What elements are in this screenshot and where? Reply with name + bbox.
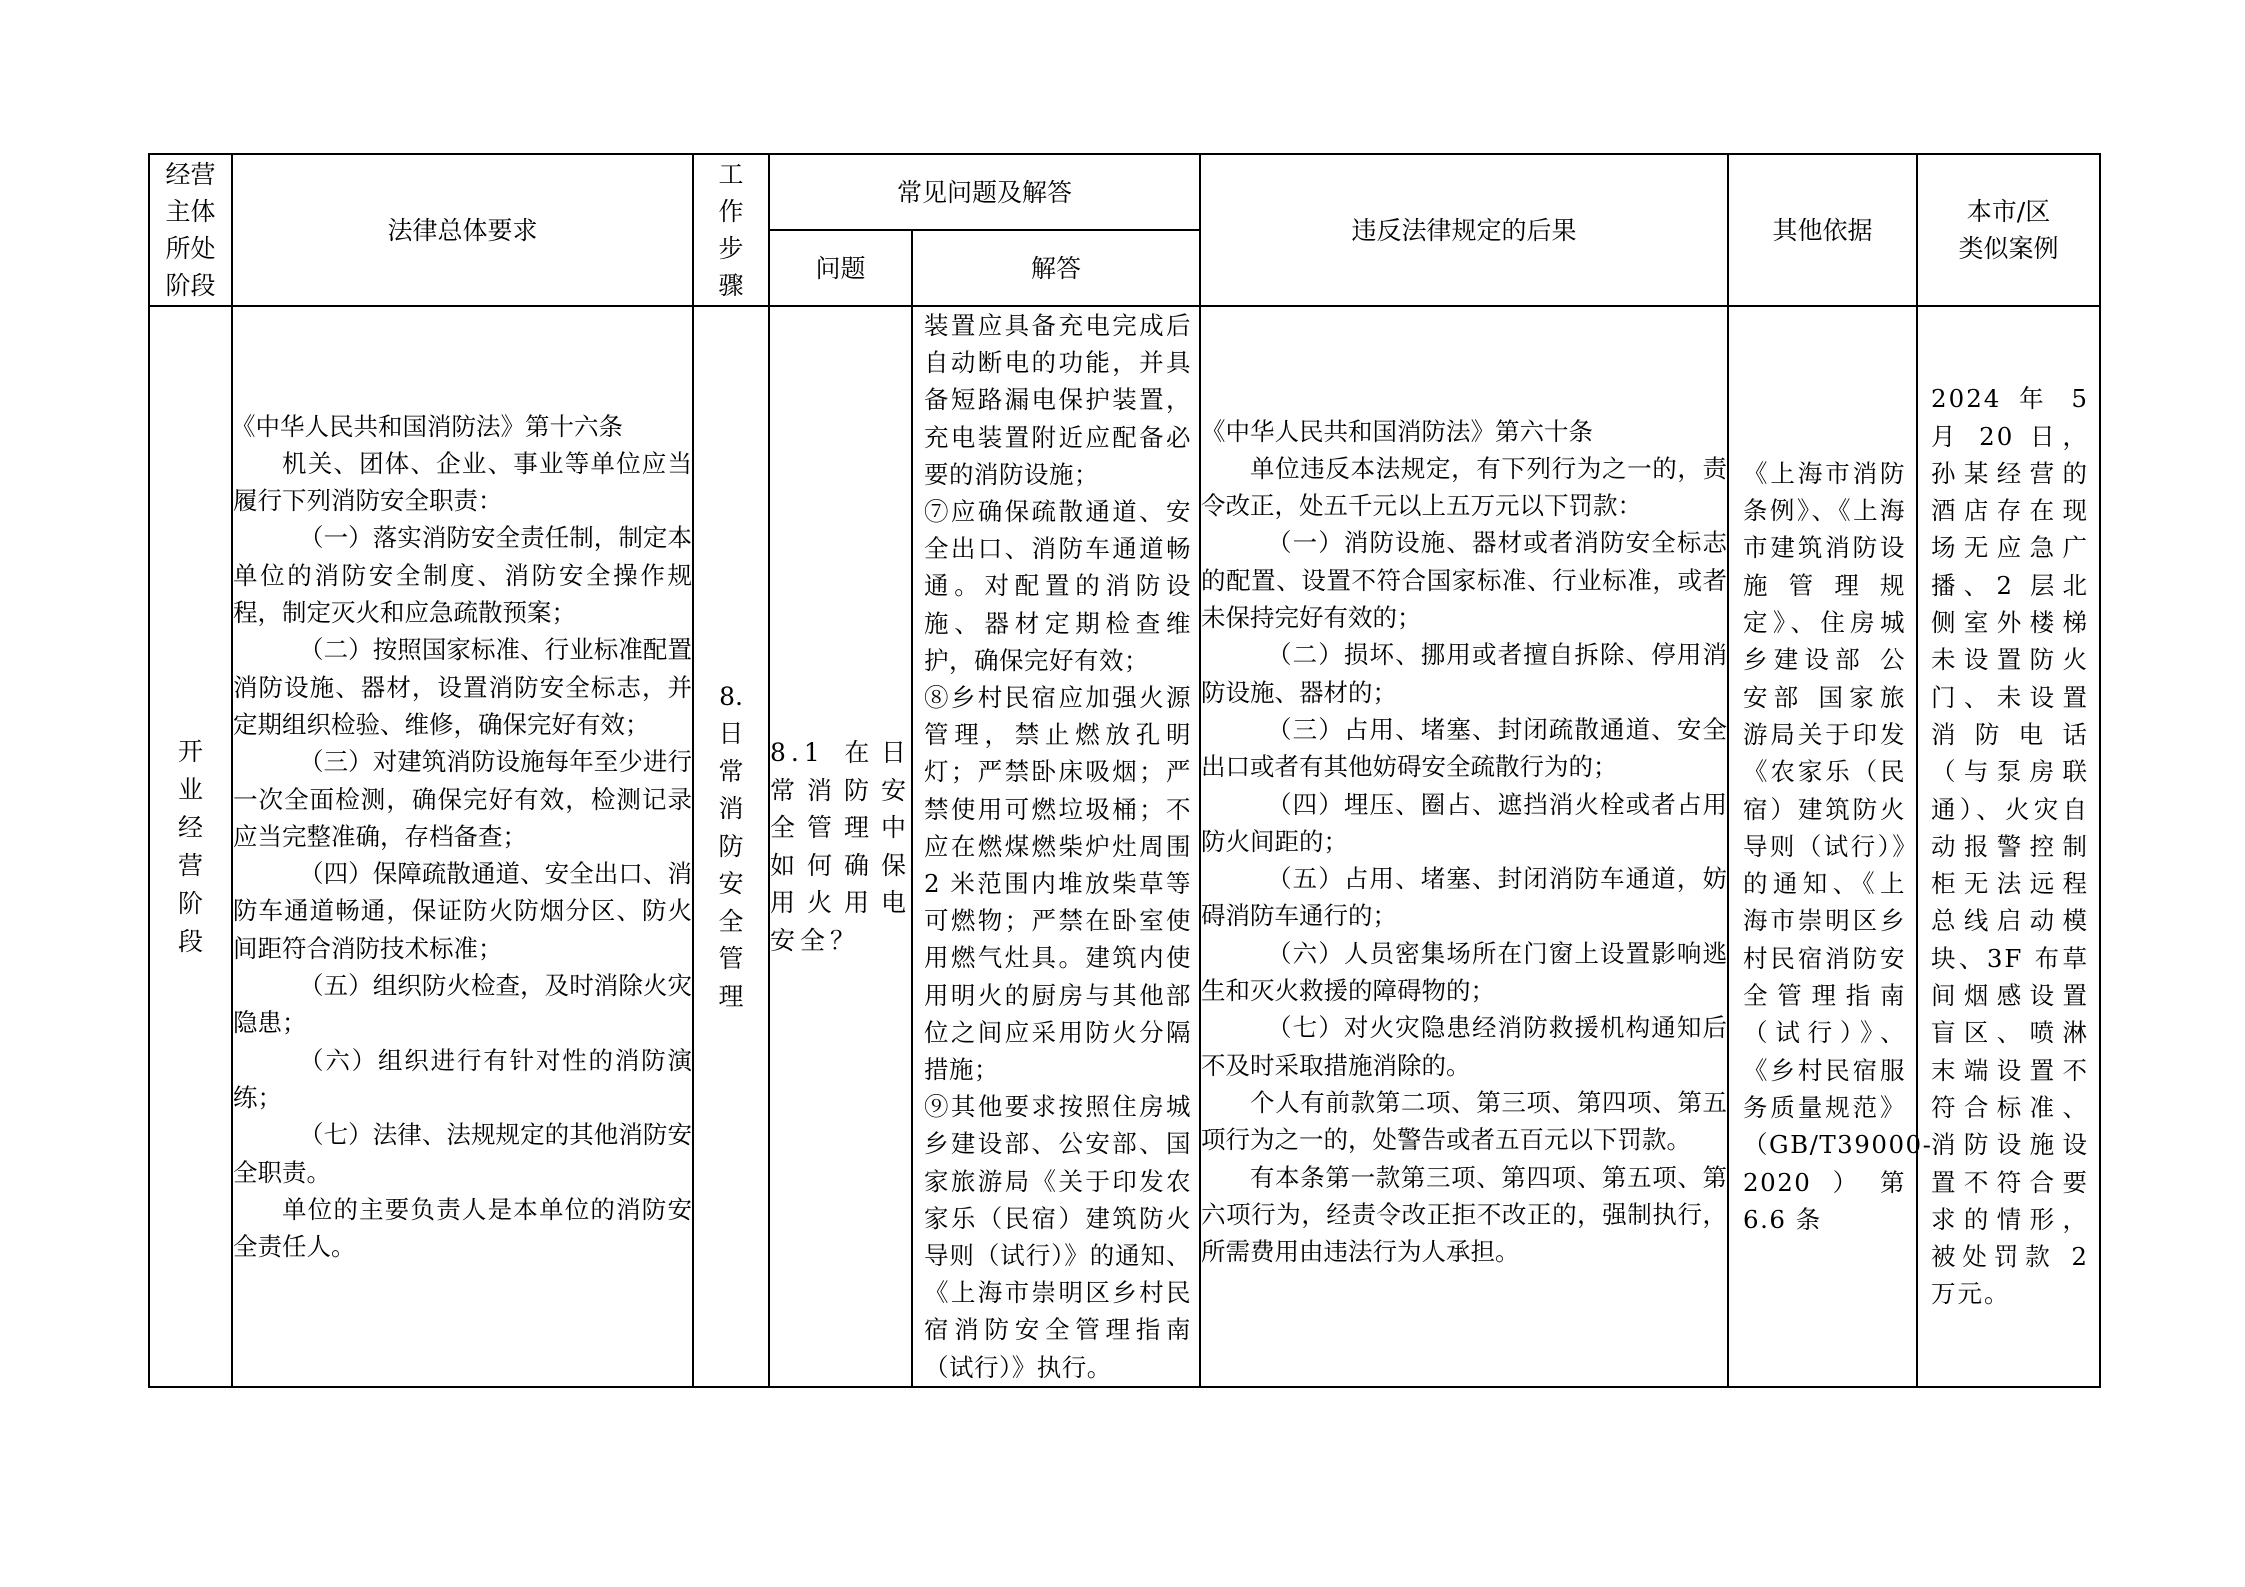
header-similar-cases: 本市/区 类似案例 [1917,154,2100,306]
other-basis-cell: 《上海市消防条例》、《上海市建筑消防设施管理规定》、住房城乡建设部 公安部 国家… [1728,306,1917,1387]
header-answer: 解答 [912,230,1200,306]
header-stage: 经营 主体 所处 阶段 [149,154,232,306]
law-article-title: 《中华人民共和国消防法》第十六条 [231,408,692,445]
header-legal-requirements: 法律总体要求 [232,154,693,306]
work-step-cell: 8. 日 常 消 防 安 全 管 理 [693,306,769,1387]
header-consequences: 违反法律规定的后果 [1200,154,1728,306]
similar-case-cell: 2024 年 5 月 20 日，孙某经营的酒店存在现场无应急广播、2 层北侧室外… [1917,306,2100,1387]
law-article-title: 《中华人民共和国消防法》第六十条 [1201,413,1727,450]
header-faq: 常见问题及解答 [769,154,1200,230]
answer-cell: 装置应具备充电完成后自动断电的功能，并具备短路漏电保护装置，充电装置附近应配备必… [912,306,1200,1387]
legal-requirements-cell: 《中华人民共和国消防法》第十六条 机关、团体、企业、事业等单位应当履行下列消防安… [232,306,693,1387]
header-other-basis: 其他依据 [1728,154,1917,306]
regulation-table: 经营 主体 所处 阶段 法律总体要求 工 作 步 骤 常见问题及解答 违反法律规… [148,153,2101,1388]
stage-cell: 开 业 经 营 阶 段 [149,306,232,1387]
header-question: 问题 [769,230,912,306]
question-cell: 8.1 在日常消防安全管理中如何确保用火用电安全？ [769,306,912,1387]
consequences-cell: 《中华人民共和国消防法》第六十条 单位违反本法规定，有下列行为之一的，责令改正，… [1200,306,1728,1387]
header-work-step: 工 作 步 骤 [693,154,769,306]
table-row: 开 业 经 营 阶 段 《中华人民共和国消防法》第十六条 机关、团体、企业、事业… [149,306,2100,1387]
